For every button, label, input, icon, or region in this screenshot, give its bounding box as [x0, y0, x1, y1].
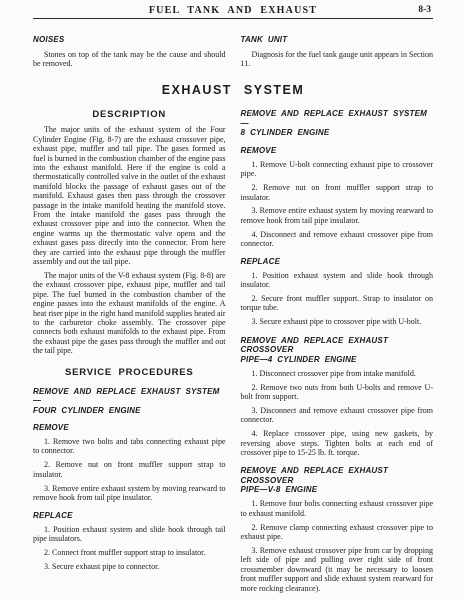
tank-unit-paragraph: Diagnosis for the fuel tank gauge unit a… — [241, 50, 434, 69]
procedure-heading-four-cylinder: REMOVE AND REPLACE EXHAUST SYSTEM— FOUR … — [33, 387, 226, 416]
remove-label: REMOVE — [241, 146, 434, 156]
procedure-step: 2. Secure front muffler support. Strap t… — [241, 294, 434, 313]
description-paragraph-2: The major units of the V-8 exhaust syste… — [33, 271, 226, 356]
procedure-step: 3. Secure exhaust pipe to connector. — [33, 562, 226, 571]
procedure-step: 3. Disconnect and remove exhaust crossov… — [241, 406, 434, 425]
right-column: REMOVE AND REPLACE EXHAUST SYSTEM— 8 CYL… — [241, 109, 434, 593]
procedure-step: 2. Remove two nuts from both U-bolts and… — [241, 383, 434, 402]
running-title: FUEL TANK AND EXHAUST — [33, 5, 433, 16]
procedure-heading-eight-cylinder: REMOVE AND REPLACE EXHAUST SYSTEM— 8 CYL… — [241, 109, 434, 138]
manual-page: FUEL TANK AND EXHAUST 8-3 NOISES Stones … — [0, 0, 464, 600]
procedure-step: 1. Remove two bolts and tabs connecting … — [33, 437, 226, 456]
procedure-step: 4. Replace crossover pipe, using new gas… — [241, 429, 434, 457]
procedure-step: 1. Disconnect crossover pipe from intake… — [241, 369, 434, 378]
description-paragraph-1: The major units of the exhaust system of… — [33, 125, 226, 266]
intro-right: TANK UNIT Diagnosis for the fuel tank ga… — [241, 35, 434, 68]
procedure-step: 3. Remove exhaust crossover pipe from ca… — [241, 546, 434, 593]
procedure-heading-crossover-v8: REMOVE AND REPLACE EXHAUST CROSSOVER PIP… — [241, 466, 434, 495]
header-rule — [33, 18, 433, 19]
procedure-step: 3. Secure exhaust pipe to crossover pipe… — [241, 317, 434, 326]
procedure-step: 1. Position exhaust system and slide hoo… — [33, 525, 226, 544]
noises-heading: NOISES — [33, 35, 226, 45]
procedure-step: 2. Remove nut on front muffler support s… — [241, 183, 434, 202]
noises-paragraph: Stones on top of the tank may be the cau… — [33, 50, 226, 69]
procedure-step: 3. Remove entire exhaust system by movin… — [33, 484, 226, 503]
tank-unit-heading: TANK UNIT — [241, 35, 434, 45]
procedure-step: 2. Connect front muffler support strap t… — [33, 548, 226, 557]
remove-label: REMOVE — [33, 423, 226, 433]
description-heading: DESCRIPTION — [33, 109, 226, 120]
section-title: EXHAUST SYSTEM — [33, 83, 433, 97]
procedure-step: 1. Remove four bolts connecting exhaust … — [241, 499, 434, 518]
procedure-step: 2. Remove clamp connecting exhaust cross… — [241, 523, 434, 542]
intro-left: NOISES Stones on top of the tank may be … — [33, 35, 226, 68]
procedure-step: 2. Remove nut on front muffler support s… — [33, 460, 226, 479]
intro-section: NOISES Stones on top of the tank may be … — [33, 35, 433, 68]
replace-label: REPLACE — [33, 511, 226, 521]
procedure-step: 1. Position exhaust system and slide hoo… — [241, 271, 434, 290]
procedure-step: 4. Disconnect and remove exhaust crossov… — [241, 230, 434, 249]
service-procedures-heading: SERVICE PROCEDURES — [33, 367, 226, 378]
procedure-step: 1. Remove U-bolt connecting exhaust pipe… — [241, 160, 434, 179]
replace-label: REPLACE — [241, 257, 434, 267]
left-column: DESCRIPTION The major units of the exhau… — [33, 109, 226, 593]
page-number: 8-3 — [418, 5, 431, 16]
procedure-heading-crossover-four-cylinder: REMOVE AND REPLACE EXHAUST CROSSOVER PIP… — [241, 336, 434, 365]
procedure-step: 3. Remove entire exhaust system by movin… — [241, 206, 434, 225]
main-columns: DESCRIPTION The major units of the exhau… — [33, 109, 433, 593]
page-header: FUEL TANK AND EXHAUST 8-3 — [33, 5, 433, 16]
